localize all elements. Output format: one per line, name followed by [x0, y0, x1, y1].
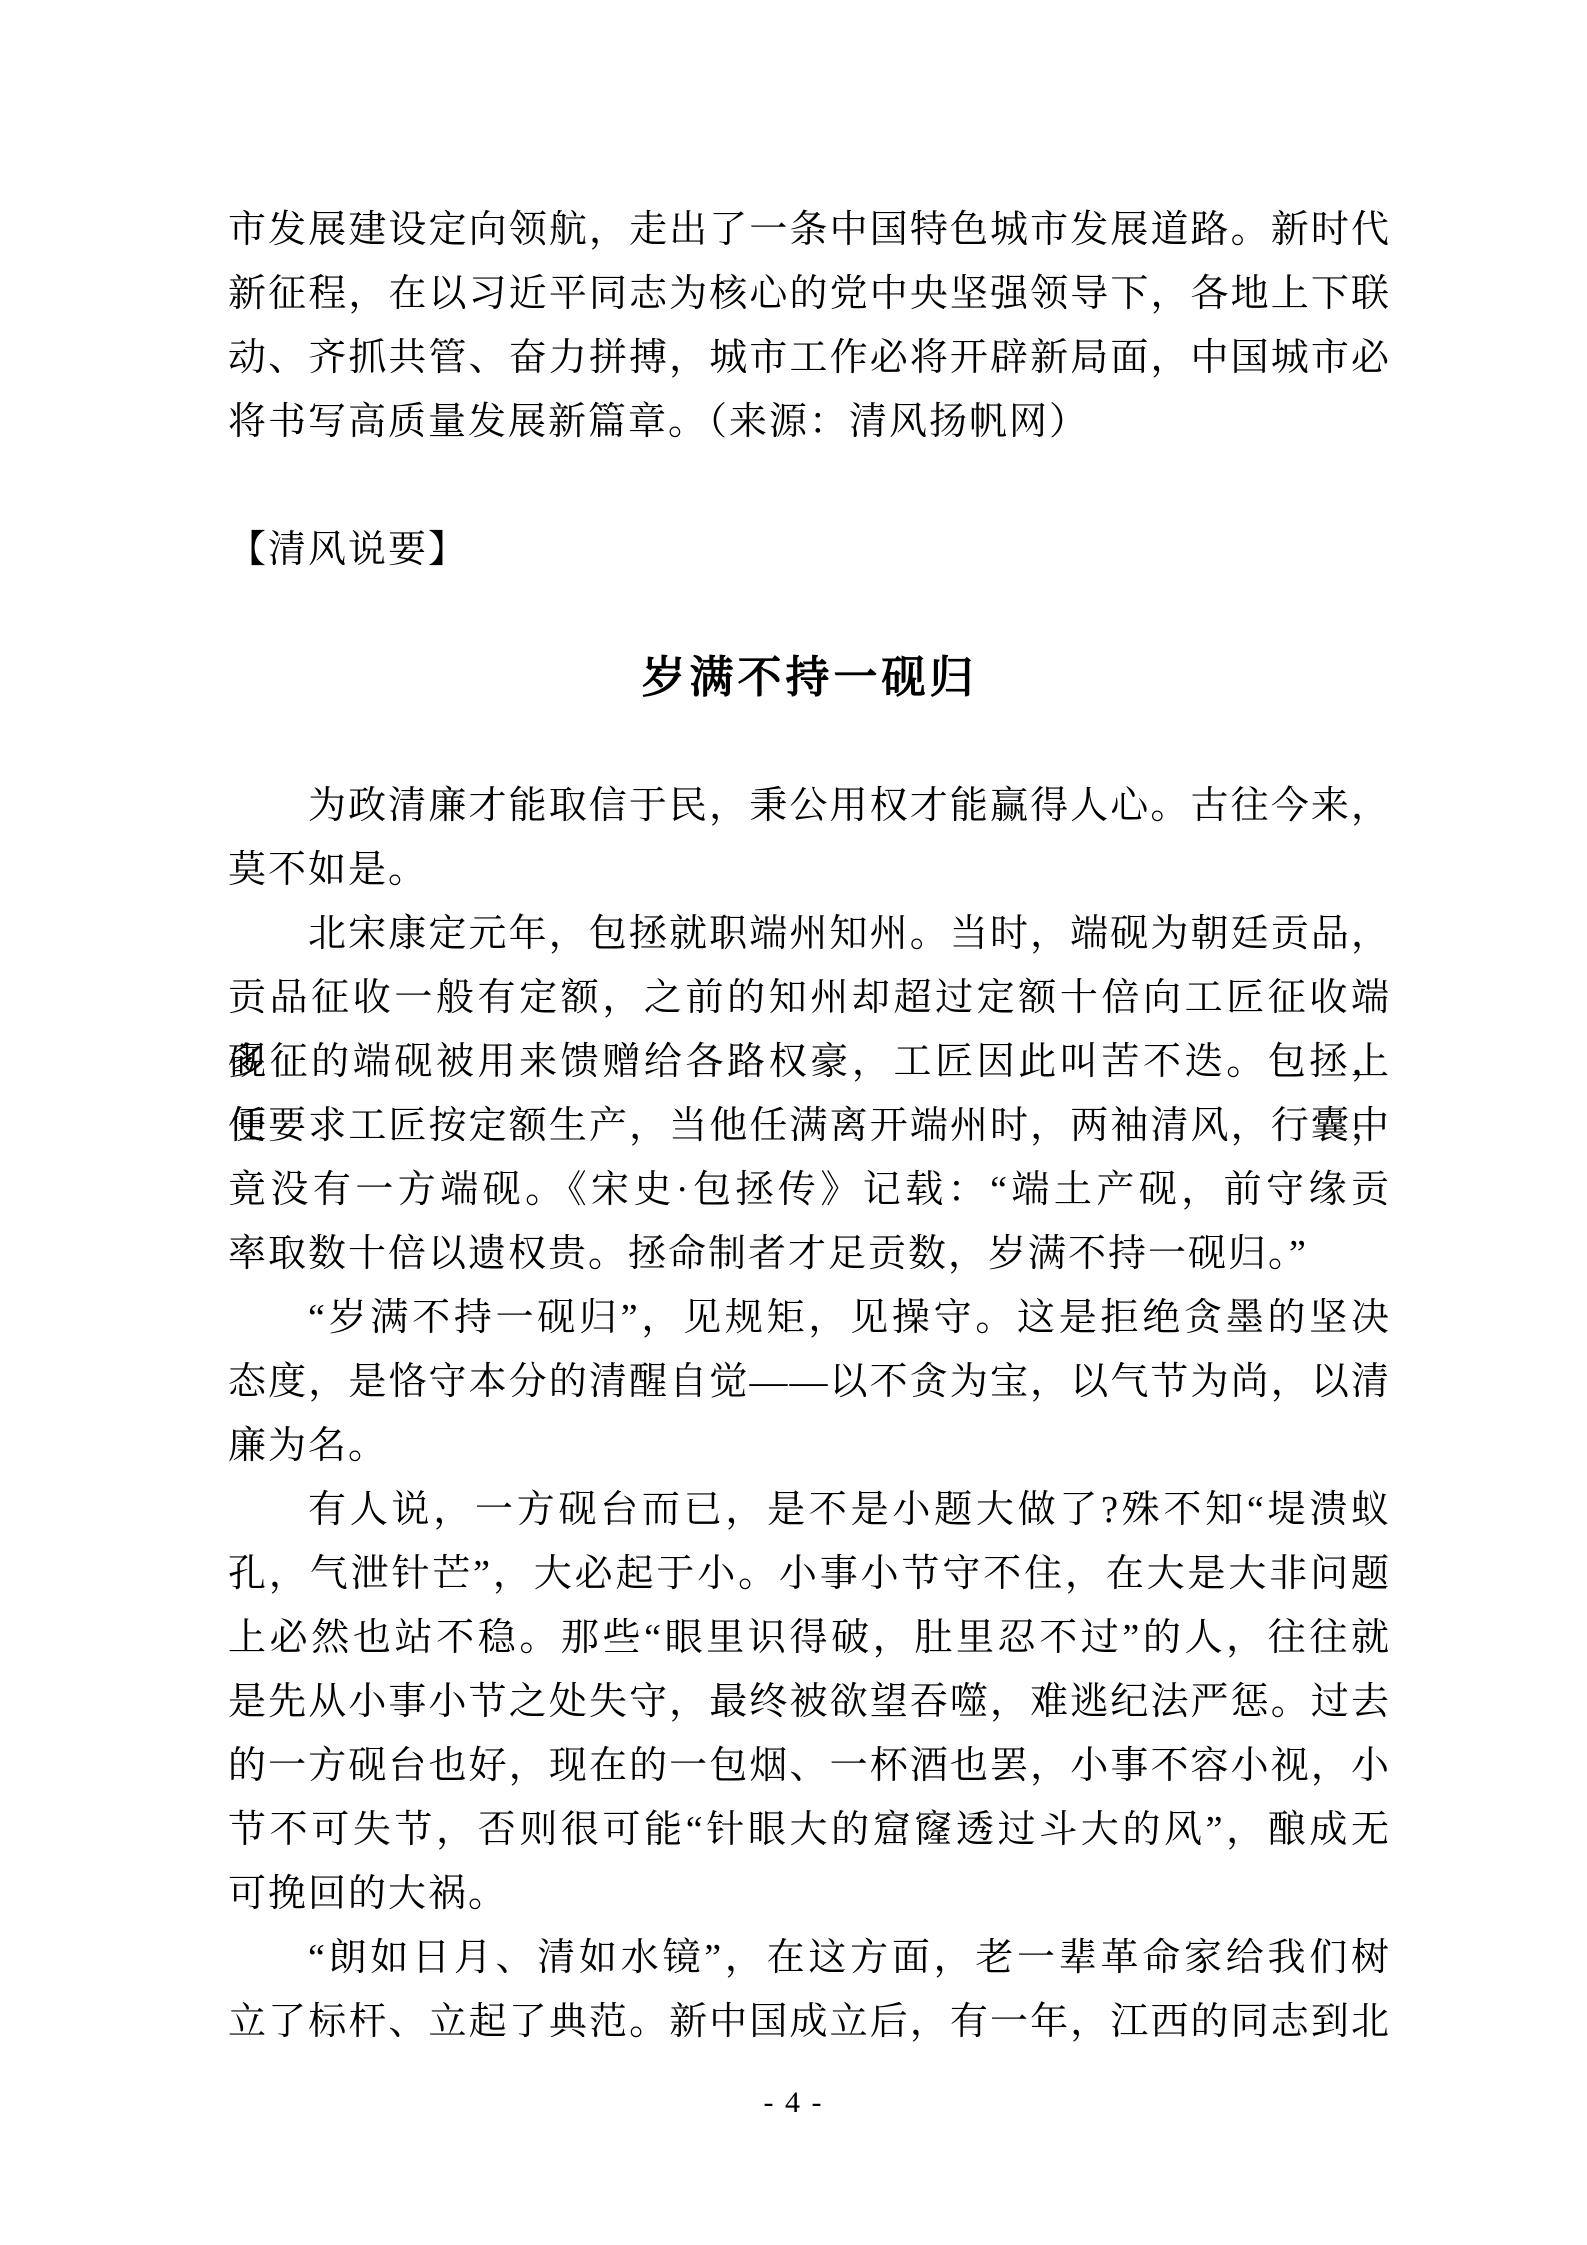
text-line: 上必然也站不稳。那些“眼里识得破，肚里忍不过”的人，往往就 — [228, 1606, 1391, 1670]
text-line: 廉为名。 — [228, 1414, 1391, 1478]
text-line: 可挽回的大祸。 — [228, 1862, 1391, 1926]
text-line: 多征的端砚被用来馈赠给各路权豪，工匠因此叫苦不迭。包拯上任， — [228, 1030, 1391, 1094]
section-label: 【清风说要】 — [228, 518, 1391, 582]
text-line: 是先从小事小节之处失守，最终被欲望吞噬，难逃纪法严惩。过去 — [228, 1670, 1391, 1734]
text-line: 节不可失节，否则很可能“针眼大的窟窿透过斗大的风”，酿成无 — [228, 1798, 1391, 1862]
page-number: - 4 - — [0, 2071, 1587, 2135]
text-line: 态度，是恪守本分的清醒自觉——以不贪为宝，以气节为尚，以清 — [228, 1350, 1391, 1414]
text-line: 率取数十倍以遗权贵。拯命制者才足贡数，岁满不持一砚归。” — [228, 1222, 1391, 1286]
blank-line — [228, 582, 1391, 646]
text-line: 贡品征收一般有定额，之前的知州却超过定额十倍向工匠征收端砚， — [228, 966, 1391, 1030]
document-page: 市发展建设定向领航，走出了一条中国特色城市发展道路。新时代新征程，在以习近平同志… — [0, 0, 1587, 2245]
text-line: “岁满不持一砚归”，见规矩，见操守。这是拒绝贪墨的坚决 — [228, 1286, 1391, 1350]
text-line: 的一方砚台也好，现在的一包烟、一杯酒也罢，小事不容小视，小 — [228, 1734, 1391, 1798]
text-line: 立了标杆、立起了典范。新中国成立后，有一年，江西的同志到北 — [228, 1990, 1391, 2054]
text-line: 竟没有一方端砚。《宋史·包拯传》记载：“端土产砚，前守缘贡 — [228, 1158, 1391, 1222]
blank-line — [228, 710, 1391, 774]
document-body: 市发展建设定向领航，走出了一条中国特色城市发展道路。新时代新征程，在以习近平同志… — [228, 198, 1391, 2054]
text-line: 市发展建设定向领航，走出了一条中国特色城市发展道路。新时代 — [228, 198, 1391, 262]
text-line: 为政清廉才能取信于民，秉公用权才能赢得人心。古往今来， — [228, 774, 1391, 838]
text-line: 北宋康定元年，包拯就职端州知州。当时，端砚为朝廷贡品， — [228, 902, 1391, 966]
text-line: 新征程，在以习近平同志为核心的党中央坚强领导下，各地上下联 — [228, 262, 1391, 326]
text-line: 便要求工匠按定额生产，当他任满离开端州时，两袖清风，行囊中 — [228, 1094, 1391, 1158]
text-line: 将书写高质量发展新篇章。（来源：清风扬帆网） — [228, 390, 1391, 454]
text-line: “朗如日月、清如水镜”，在这方面，老一辈革命家给我们树 — [228, 1926, 1391, 1990]
article-title: 岁满不持一砚归 — [228, 646, 1391, 710]
text-line: 莫不如是。 — [228, 838, 1391, 902]
text-line: 动、齐抓共管、奋力拼搏，城市工作必将开辟新局面，中国城市必 — [228, 326, 1391, 390]
blank-line — [228, 454, 1391, 518]
text-line: 有人说，一方砚台而已，是不是小题大做了?殊不知“堤溃蚁 — [228, 1478, 1391, 1542]
text-line: 孔，气泄针芒”，大必起于小。小事小节守不住，在大是大非问题 — [228, 1542, 1391, 1606]
